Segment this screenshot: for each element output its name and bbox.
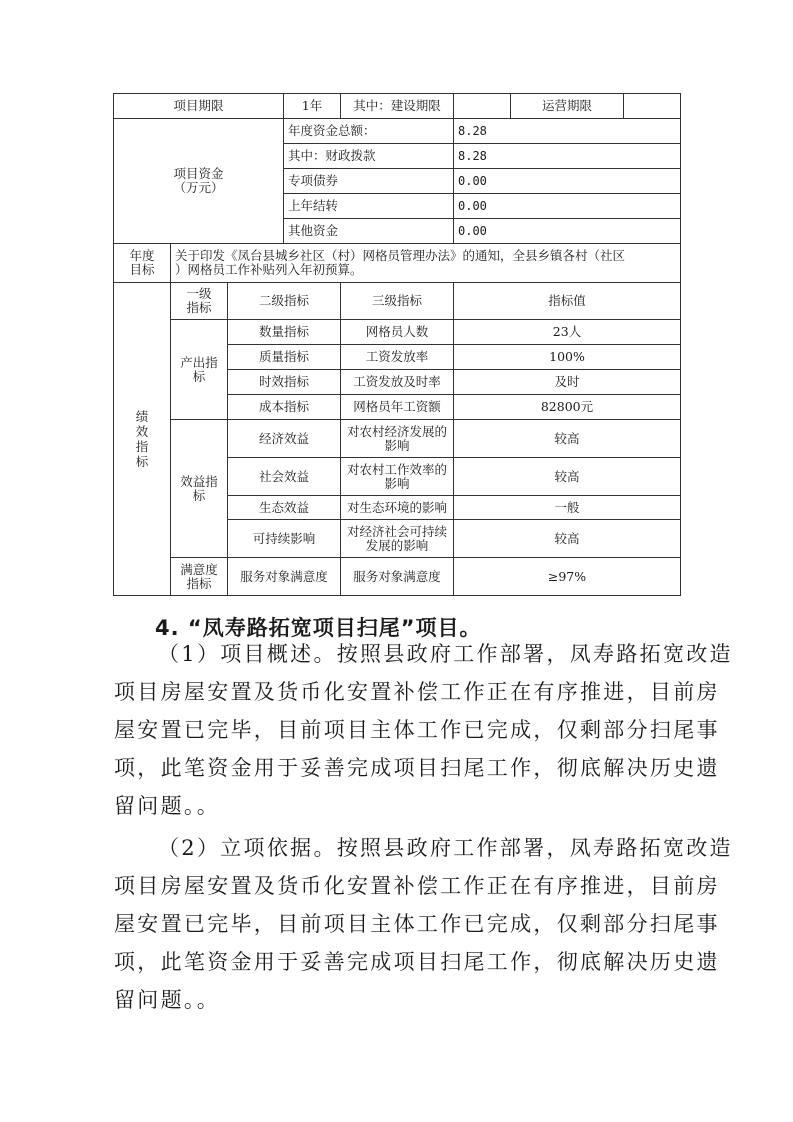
level3-cell: 对生态环境的影响 bbox=[341, 496, 454, 520]
funding-label-line2: （万元） bbox=[117, 181, 280, 195]
level3-line2: 影响 bbox=[344, 477, 450, 491]
level2-cell: 经济效益 bbox=[228, 420, 341, 458]
value-cell: 较高 bbox=[454, 520, 681, 558]
funding-item-name: 专项债券 bbox=[284, 169, 454, 194]
value-cell: 较高 bbox=[454, 420, 681, 458]
group-label-line1: 满意度 bbox=[174, 563, 224, 577]
group-label-line2: 标 bbox=[174, 489, 224, 503]
level3-cell: 对农村工作效率的 影响 bbox=[341, 458, 454, 496]
construction-term-value bbox=[454, 94, 511, 119]
level2-cell: 数量指标 bbox=[228, 320, 341, 345]
header-level3: 三级指标 bbox=[341, 283, 454, 320]
level3-line1: 对经济社会可持续 bbox=[344, 525, 450, 539]
level2-cell: 成本指标 bbox=[228, 395, 341, 420]
operation-term-label: 运营期限 bbox=[511, 94, 624, 119]
paragraph-line: 屋安置已完毕，目前项目主体工作已完成，仅剩部分扫尾事 bbox=[114, 908, 720, 938]
paragraph-basis: （2）立项依据。按照县政府工作部署，凤寿路拓宽改造 项目房屋安置及货币化安置补偿… bbox=[114, 820, 680, 1010]
group-label-line2: 指标 bbox=[174, 577, 224, 591]
term-value: 1年 bbox=[284, 94, 341, 119]
header-level1-line2: 指标 bbox=[174, 301, 224, 315]
header-level1: 一级 指标 bbox=[171, 283, 228, 320]
funding-item-name: 年度资金总额： bbox=[284, 119, 454, 144]
value-cell: 较高 bbox=[454, 458, 681, 496]
paragraph-line: 项目房屋安置及货币化安置补偿工作正在有序推进，目前房 bbox=[114, 676, 720, 706]
level2-cell: 社会效益 bbox=[228, 458, 341, 496]
objective-row: 年度 目标 关于印发《凤台县城乡社区（村）网格员管理办法》的通知，全县乡镇各村（… bbox=[114, 244, 681, 283]
paragraph-line: 项，此笔资金用于妥善完成项目扫尾工作，彻底解决历史遗 bbox=[114, 946, 720, 976]
paragraph-overview: （1）项目概述。按照县政府工作部署，凤寿路拓宽改造 项目房屋安置及货币化安置补偿… bbox=[114, 630, 680, 810]
funding-item-name: 其他资金 bbox=[284, 219, 454, 244]
term-label: 项目期限 bbox=[114, 94, 284, 119]
objective-label: 年度 目标 bbox=[114, 244, 171, 283]
level2-cell: 服务对象满意度 bbox=[228, 558, 341, 596]
group-output-label: 产出指 标 bbox=[171, 320, 228, 420]
indicator-row: 效益指 标 经济效益 对农村经济发展的 影响 较高 bbox=[114, 420, 681, 458]
objective-label-line1: 年度 bbox=[117, 249, 167, 263]
level3-cell: 工资发放及时率 bbox=[341, 370, 454, 395]
indicator-row: 产出指 标 数量指标 网格员人数 23人 bbox=[114, 320, 681, 345]
level2-cell: 生态效益 bbox=[228, 496, 341, 520]
term-row: 项目期限 1年 其中：建设期限 运营期限 bbox=[114, 94, 681, 119]
group-label-line1: 效益指 bbox=[174, 475, 224, 489]
header-value: 指标值 bbox=[454, 283, 681, 320]
level3-cell: 网格员人数 bbox=[341, 320, 454, 345]
funding-item-value: 0.00 bbox=[454, 219, 681, 244]
funding-label-line1: 项目资金 bbox=[117, 167, 280, 181]
group-label-line1: 产出指 bbox=[174, 356, 224, 370]
funding-label: 项目资金 （万元） bbox=[114, 119, 284, 244]
group-satisfaction-label: 满意度 指标 bbox=[171, 558, 228, 596]
paragraph-line: 留问题。。 bbox=[114, 790, 220, 820]
objective-text-line1: 关于印发《凤台县城乡社区（村）网格员管理办法》的通知，全县乡镇各村（社区 bbox=[175, 249, 677, 263]
level2-cell: 质量指标 bbox=[228, 345, 341, 370]
paragraph-line: 项，此笔资金用于妥善完成项目扫尾工作，彻底解决历史遗 bbox=[114, 752, 720, 782]
project-performance-table: 项目期限 1年 其中：建设期限 运营期限 项目资金 （万元） 年度资金总额： 8… bbox=[113, 93, 681, 596]
group-benefit-label: 效益指 标 bbox=[171, 420, 228, 558]
paragraph-line: （1）项目概述。按照县政府工作部署，凤寿路拓宽改造 bbox=[158, 638, 733, 668]
paragraph-line: 项目房屋安置及货币化安置补偿工作正在有序推进，目前房 bbox=[114, 870, 720, 900]
level2-cell: 可持续影响 bbox=[228, 520, 341, 558]
performance-header-row: 绩效指标 一级 指标 二级指标 三级指标 指标值 bbox=[114, 283, 681, 320]
funding-item-value: 8.28 bbox=[454, 144, 681, 169]
construction-term-label: 其中：建设期限 bbox=[341, 94, 454, 119]
value-cell: 100% bbox=[454, 345, 681, 370]
objective-text-line2: ）网格员工作补贴列入年初预算。 bbox=[175, 263, 677, 277]
value-cell: 一般 bbox=[454, 496, 681, 520]
value-cell: 及时 bbox=[454, 370, 681, 395]
value-cell: 82800元 bbox=[454, 395, 681, 420]
funding-item-value: 8.28 bbox=[454, 119, 681, 144]
performance-label-text: 绩效指标 bbox=[135, 409, 149, 469]
objective-text: 关于印发《凤台县城乡社区（村）网格员管理办法》的通知，全县乡镇各村（社区 ）网格… bbox=[171, 244, 681, 283]
funding-item-value: 0.00 bbox=[454, 169, 681, 194]
funding-item-name: 其中：财政拨款 bbox=[284, 144, 454, 169]
level3-line1: 对农村工作效率的 bbox=[344, 463, 450, 477]
level3-line2: 影响 bbox=[344, 439, 450, 453]
level3-cell: 工资发放率 bbox=[341, 345, 454, 370]
operation-term-value bbox=[624, 94, 681, 119]
group-label-line2: 标 bbox=[174, 370, 224, 384]
performance-label: 绩效指标 bbox=[114, 283, 171, 596]
level3-cell: 对农村经济发展的 影响 bbox=[341, 420, 454, 458]
level3-line1: 对农村经济发展的 bbox=[344, 425, 450, 439]
paragraph-line: （2）立项依据。按照县政府工作部署，凤寿路拓宽改造 bbox=[158, 832, 733, 862]
value-cell: 23人 bbox=[454, 320, 681, 345]
value-cell: ≥97% bbox=[454, 558, 681, 596]
level3-line2: 发展的影响 bbox=[344, 539, 450, 553]
level3-cell: 网格员年工资额 bbox=[341, 395, 454, 420]
level3-cell: 对经济社会可持续 发展的影响 bbox=[341, 520, 454, 558]
funding-row: 项目资金 （万元） 年度资金总额： 8.28 bbox=[114, 119, 681, 144]
level3-cell: 服务对象满意度 bbox=[341, 558, 454, 596]
header-level1-line1: 一级 bbox=[174, 287, 224, 301]
header-level2: 二级指标 bbox=[228, 283, 341, 320]
objective-label-line2: 目标 bbox=[117, 263, 167, 277]
paragraph-line: 留问题。。 bbox=[114, 984, 220, 1014]
funding-item-value: 0.00 bbox=[454, 194, 681, 219]
funding-item-name: 上年结转 bbox=[284, 194, 454, 219]
level2-cell: 时效指标 bbox=[228, 370, 341, 395]
paragraph-line: 屋安置已完毕，目前项目主体工作已完成，仅剩部分扫尾事 bbox=[114, 714, 720, 744]
indicator-row: 满意度 指标 服务对象满意度 服务对象满意度 ≥97% bbox=[114, 558, 681, 596]
